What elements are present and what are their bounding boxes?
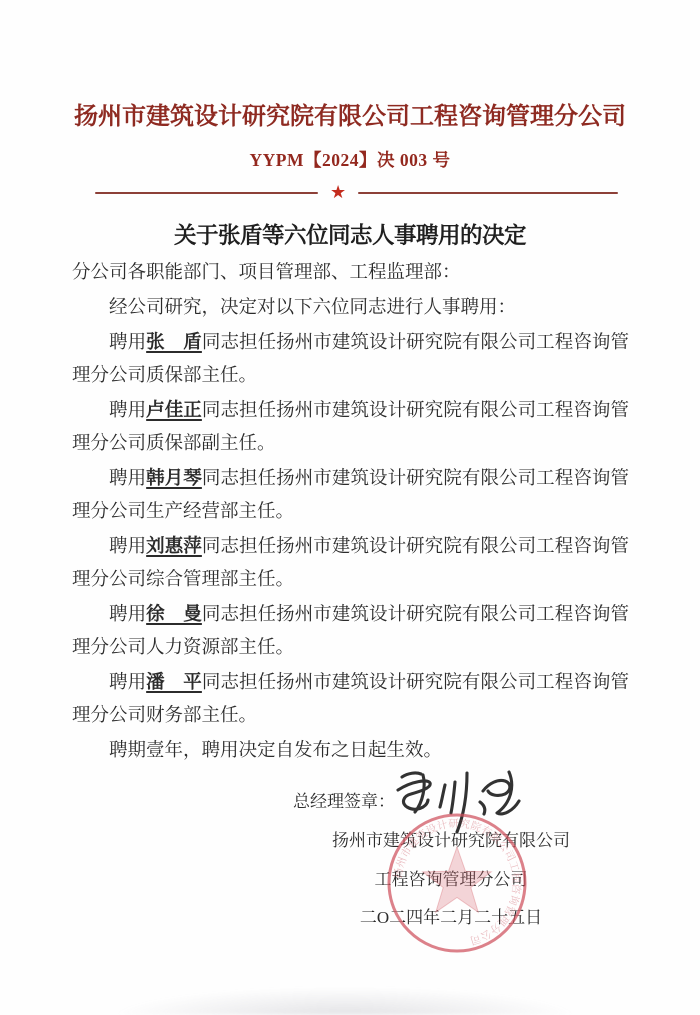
appointment-prefix: 聘用 (109, 401, 146, 421)
separator-line-left (95, 192, 318, 194)
term-clause: 聘期壹年，聘用决定自发布之日起生效。 (72, 735, 629, 768)
appointee-name: 徐 曼 (146, 605, 202, 625)
appointment-prefix: 聘用 (109, 333, 146, 353)
red-separator-rule: ★ (95, 184, 618, 202)
appointment-paragraph: 聘用徐 曼同志担任扬州市建筑设计研究院有限公司工程咨询管理分公司人力资源部主任。 (72, 599, 629, 665)
document-body: 分公司各职能部门、项目管理部、工程监理部： 经公司研究，决定对以下六位同志进行人… (72, 257, 629, 770)
appointment-prefix: 聘用 (109, 537, 146, 557)
appointment-paragraph: 聘用卢佳正同志担任扬州市建筑设计研究院有限公司工程咨询管理分公司质保部副主任。 (72, 395, 629, 461)
appointment-prefix: 聘用 (109, 605, 146, 625)
appointment-paragraph: 聘用潘 平同志担任扬州市建筑设计研究院有限公司工程咨询管理分公司财务部主任。 (72, 667, 629, 733)
appointment-prefix: 聘用 (109, 469, 146, 489)
star-icon: ★ (330, 184, 346, 202)
appointee-name: 张 盾 (146, 333, 202, 353)
letterhead-company-name: 扬州市建筑设计研究院有限公司工程咨询管理分公司 (0, 102, 700, 132)
appointee-name: 潘 平 (146, 673, 202, 693)
appointee-name: 刘惠萍 (146, 537, 202, 557)
company-seal: 扬州市建筑设计研究院有限公司工程咨询管理分公司 (382, 808, 532, 958)
official-document-page: 扬州市建筑设计研究院有限公司工程咨询管理分公司 YYPM【2024】决 003 … (0, 0, 700, 1015)
appointment-prefix: 聘用 (109, 673, 146, 693)
seal-star-icon (423, 847, 491, 912)
document-number: YYPM【2024】决 003 号 (0, 147, 700, 172)
salutation-line: 分公司各职能部门、项目管理部、工程监理部： (72, 257, 629, 290)
appointee-name: 韩月琴 (146, 469, 202, 489)
scan-shadow-artifact (110, 987, 580, 1015)
appointee-name: 卢佳正 (146, 401, 202, 421)
appointment-paragraph: 聘用韩月琴同志担任扬州市建筑设计研究院有限公司工程咨询管理分公司生产经营部主任。 (72, 463, 629, 529)
appointment-paragraph: 聘用刘惠萍同志担任扬州市建筑设计研究院有限公司工程咨询管理分公司综合管理部主任。 (72, 531, 629, 597)
document-title: 关于张盾等六位同志人事聘用的决定 (0, 218, 700, 250)
intro-paragraph: 经公司研究，决定对以下六位同志进行人事聘用： (72, 292, 629, 325)
signature-label: 总经理签章： (293, 787, 395, 812)
separator-line-right (358, 192, 618, 194)
appointment-paragraph: 聘用张 盾同志担任扬州市建筑设计研究院有限公司工程咨询管理分公司质保部主任。 (72, 327, 629, 393)
